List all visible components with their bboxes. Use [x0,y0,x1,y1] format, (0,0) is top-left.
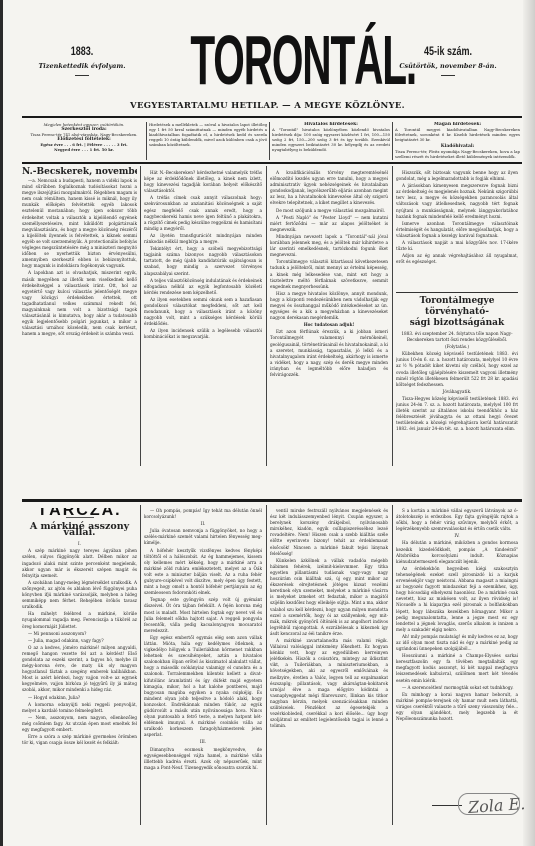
paragraph: — A szerencsétlen! mormogták sokat ezt t… [396,685,518,691]
paragraph: Mindnyájan nevezett lapok a "Torontál"-n… [270,234,388,258]
private-ads-box: Magán hirdetések: A Torontál megyei kiad… [395,122,520,160]
paragraph: Hosszúunni a márkiné a Champs-Elysées sa… [396,653,518,683]
paragraph: Az ilyen incidensek szülik a legélesebb … [144,328,262,340]
paragraph: Ezt azon férfiúnak érezzük, a ki jobban … [270,329,388,378]
column-divider [392,122,393,160]
paragraph: Ha mihelyt felébred a márkiné, körüle ny… [22,611,137,629]
newspaper-title: TORONTÁL. [190,24,329,96]
paragraph: O az a kedves, jóméro márkiné! milyen an… [22,645,137,694]
paragraph: Erre a szóra a szép márkiné gyermekes ör… [22,734,137,746]
paragraph: De most szóljunk a megye választási mozg… [270,208,388,214]
column-divider [266,505,267,825]
paragraph: Ex mimhogy a korai nagyon hamar beborult… [396,692,518,722]
article-column-4: Hiszszük, sőt biztosak vagyunk benne hog… [396,170,518,290]
author-signature: Zola E. [467,794,525,817]
subtitle: VEGYESTARTALMU HETILAP. — A MEGYE KÖZLÖN… [0,101,535,111]
article-column-1: N.-Becskerek, november 7-én. —a. Nemcsak… [22,166,137,466]
official-ads-box: Hivatalos hirdetések: A "Torontál" hivat… [272,122,390,160]
paragraph: A szobában langy-meleg légmérséklet ural… [22,580,137,610]
column-divider [269,122,270,160]
committee-intro: 1883. évi szeptember 24. folytatva tőle … [396,331,518,343]
page-edge-left [0,0,3,846]
committee-title-1: Torontálmegye törvényható- [396,296,518,318]
paragraph: — Mi pennsoni asszonyom? [22,631,137,637]
paragraph: Ha délután a márkiné, miközben a gondos … [396,540,518,564]
paragraph: Az ilyen esetekben semmi okunk sem a haz… [144,297,262,327]
paragraph: — Oh pompás, pompás! Így tehát ma délutá… [144,508,262,520]
chapter-number: I. [22,541,137,547]
paragraph: A lapokban azt is olvashatjuk, miszerint… [22,270,137,337]
paragraph: A teljes választóközönség indulatának és… [144,278,262,296]
paragraph: Ismerve azonban Torontálmegye választóin… [396,221,518,239]
paragraph: A "Pesti Napló" és "Pester Lloyd" — nem … [270,215,388,233]
issue-date: Csütörtök, november 8-án. [388,62,508,70]
feuilleton-column-1: TÁRCZA. A márkiné asszony vállai. I. A s… [22,508,137,838]
paragraph: Kübekhen község képviselő testületének 1… [396,351,518,388]
chapter-number: II. [144,521,262,527]
paragraph: Tegnap este gyöngyön szép volt új gyémán… [144,597,262,634]
year: 1883. [45,44,120,58]
paragraph: Az ilyetén transfigurációt mindnyájan mi… [144,233,262,245]
paragraph: Hát N.-Becskereken? kérdezhetné valamely… [144,170,262,194]
paragraph: A szép márkiné nagy tereyes ágyában pihe… [22,548,137,578]
paragraph: A márkiné zavartalanodta más valami régi… [270,638,388,729]
article-column-3: A kvalifikációnális törvény megteremtésé… [270,170,388,466]
issue-number: 45-ik szám. [403,44,493,58]
continued-label: (Folytatás.) [396,344,518,350]
paragraph: Torontálmegye választói kitartással köve… [270,259,388,289]
paragraph: A kvalifikációnális törvény megteremtésé… [270,170,388,207]
private-text: A Torontál megyei kiadóhivatalban Nagy-B… [395,127,520,142]
ads-text: Hirdetések a mellékletek — szóval a hiva… [149,122,267,147]
paragraph: A választások napját a mai közgyűlés nov… [396,240,518,252]
committee-title-2: sági bizottságának [396,318,518,329]
section-rule [396,292,518,293]
chapter-number: III. [144,739,262,745]
paragraph: A tréfás címek csak annyit válaszolnak h… [144,195,262,232]
page-edge-right [523,0,535,846]
paragraph: S a kortán a márkiné vállai egyszerű lát… [396,508,518,532]
paragraph: Julia óvatosan nemvonja a függönyöket, n… [144,528,262,546]
story-title: A márkiné asszony vállai. [22,524,137,536]
paragraph: —a. Nemcsak a budapesti, hanem a vidéki … [22,178,137,269]
column-divider [140,505,141,825]
paragraph: Egy egész embertől egymás elég sem azon … [144,635,262,739]
paragraph: Tisza-Hegyes község képviselő testületén… [396,396,518,433]
chapter-number: IV. [396,533,518,539]
paragraph: Dimanyítva ecsmeuk megkönyvedve, de egys… [144,747,262,771]
paragraph: Künkelen ázkölnek a vállak vadadóa mégeb… [270,558,388,637]
feuilleton-column-3: ventil mirske festrszáll nyilvános megje… [270,508,388,815]
publisher-text: Tisza Ferenc-tér, Pleitz nyomdája Nagy-B… [395,149,520,159]
info-rule [22,162,522,164]
masthead-rule [22,116,522,118]
column-divider [140,166,141,466]
paragraph: Hisz a megye hivatalos közlönye, annyit … [270,291,388,321]
masthead: 1883. Tizenkettedik évfolyam. TORONTÁL. … [0,0,535,118]
masthead-right: 45-ik szám. Csütörtök, november 8-án. [388,44,508,76]
paragraph: Hiszszük, sőt biztosak vagyunk benne hog… [396,170,518,182]
ornament-dash [441,75,455,76]
article-column-2: Hát N.-Becskereken? kérdezhetné valamely… [144,170,262,466]
paragraph: Az érdekekbön hegyeiben kiégi szakosztyi… [396,566,518,633]
feuilleton-column-4: S a kortán a márkiné vállai egyszerű lát… [396,508,518,793]
paragraph: Jóváhagyatik. [396,389,518,395]
newspaper-page: 1883. Tizenkettedik évfolyam. TORONTÁL. … [0,0,535,846]
column-divider [146,122,147,160]
committee-report: Torontálmegye törvényható- sági bizottsá… [396,296,518,466]
subscription-box: Megjelen hetenként egyszer, csütörtökön.… [24,122,144,160]
paragraph: Tekintélyt ért, hogy a szóbeli megyebizo… [144,246,262,276]
column-divider [392,166,393,466]
feuilleton-column-2: — Oh pompás, pompás! Így tehát ma délutá… [144,508,262,818]
lead-headline: N.-Becskerek, november 7-én. [22,166,137,178]
paragraph: A komorna odanyújti neki reggeli penyvol… [22,702,137,714]
ads-box: Hirdetések a mellékletek — szóval a hiva… [149,122,267,160]
column-divider [392,505,393,825]
column-divider [266,166,267,466]
official-text: A "Torontál" hivatalos közlönyében közle… [272,127,390,152]
paragraph: Adjon az ég annak végrehajtásához áll ny… [396,253,518,265]
paragraph: ventil mirske festrszáll nyilvános megje… [270,508,388,557]
paragraph: — Hogyd odakinn, Julia? [22,695,137,701]
paragraph: Ah! mily pompás mulatság! és mily kedves… [396,634,518,652]
paragraph: — Nem, asszonyom, nem nagyon, ellenkezől… [22,715,137,733]
volume: Tizenkettedik évfolyam. [32,62,132,70]
feuilleton-section-title: TÁRCZA. [22,508,137,514]
price-line-2: Negyed évre . . . 1 frt. 50 kr. [24,147,144,152]
ornament-dash [75,75,89,76]
paragraph: Hoc tudatosan adjuk! [270,322,388,328]
feuilleton-rule [22,499,522,502]
masthead-left: 1883. Tizenkettedik évfolyam. [32,44,132,76]
paragraph: A hófehér kesztyűk vizsfényes kedves fén… [144,548,262,597]
paragraph: — Julia, magad odakinn, vagy fagy? [22,638,137,644]
paragraph: A járásokban kimenyesen megszerezve fogn… [396,183,518,220]
